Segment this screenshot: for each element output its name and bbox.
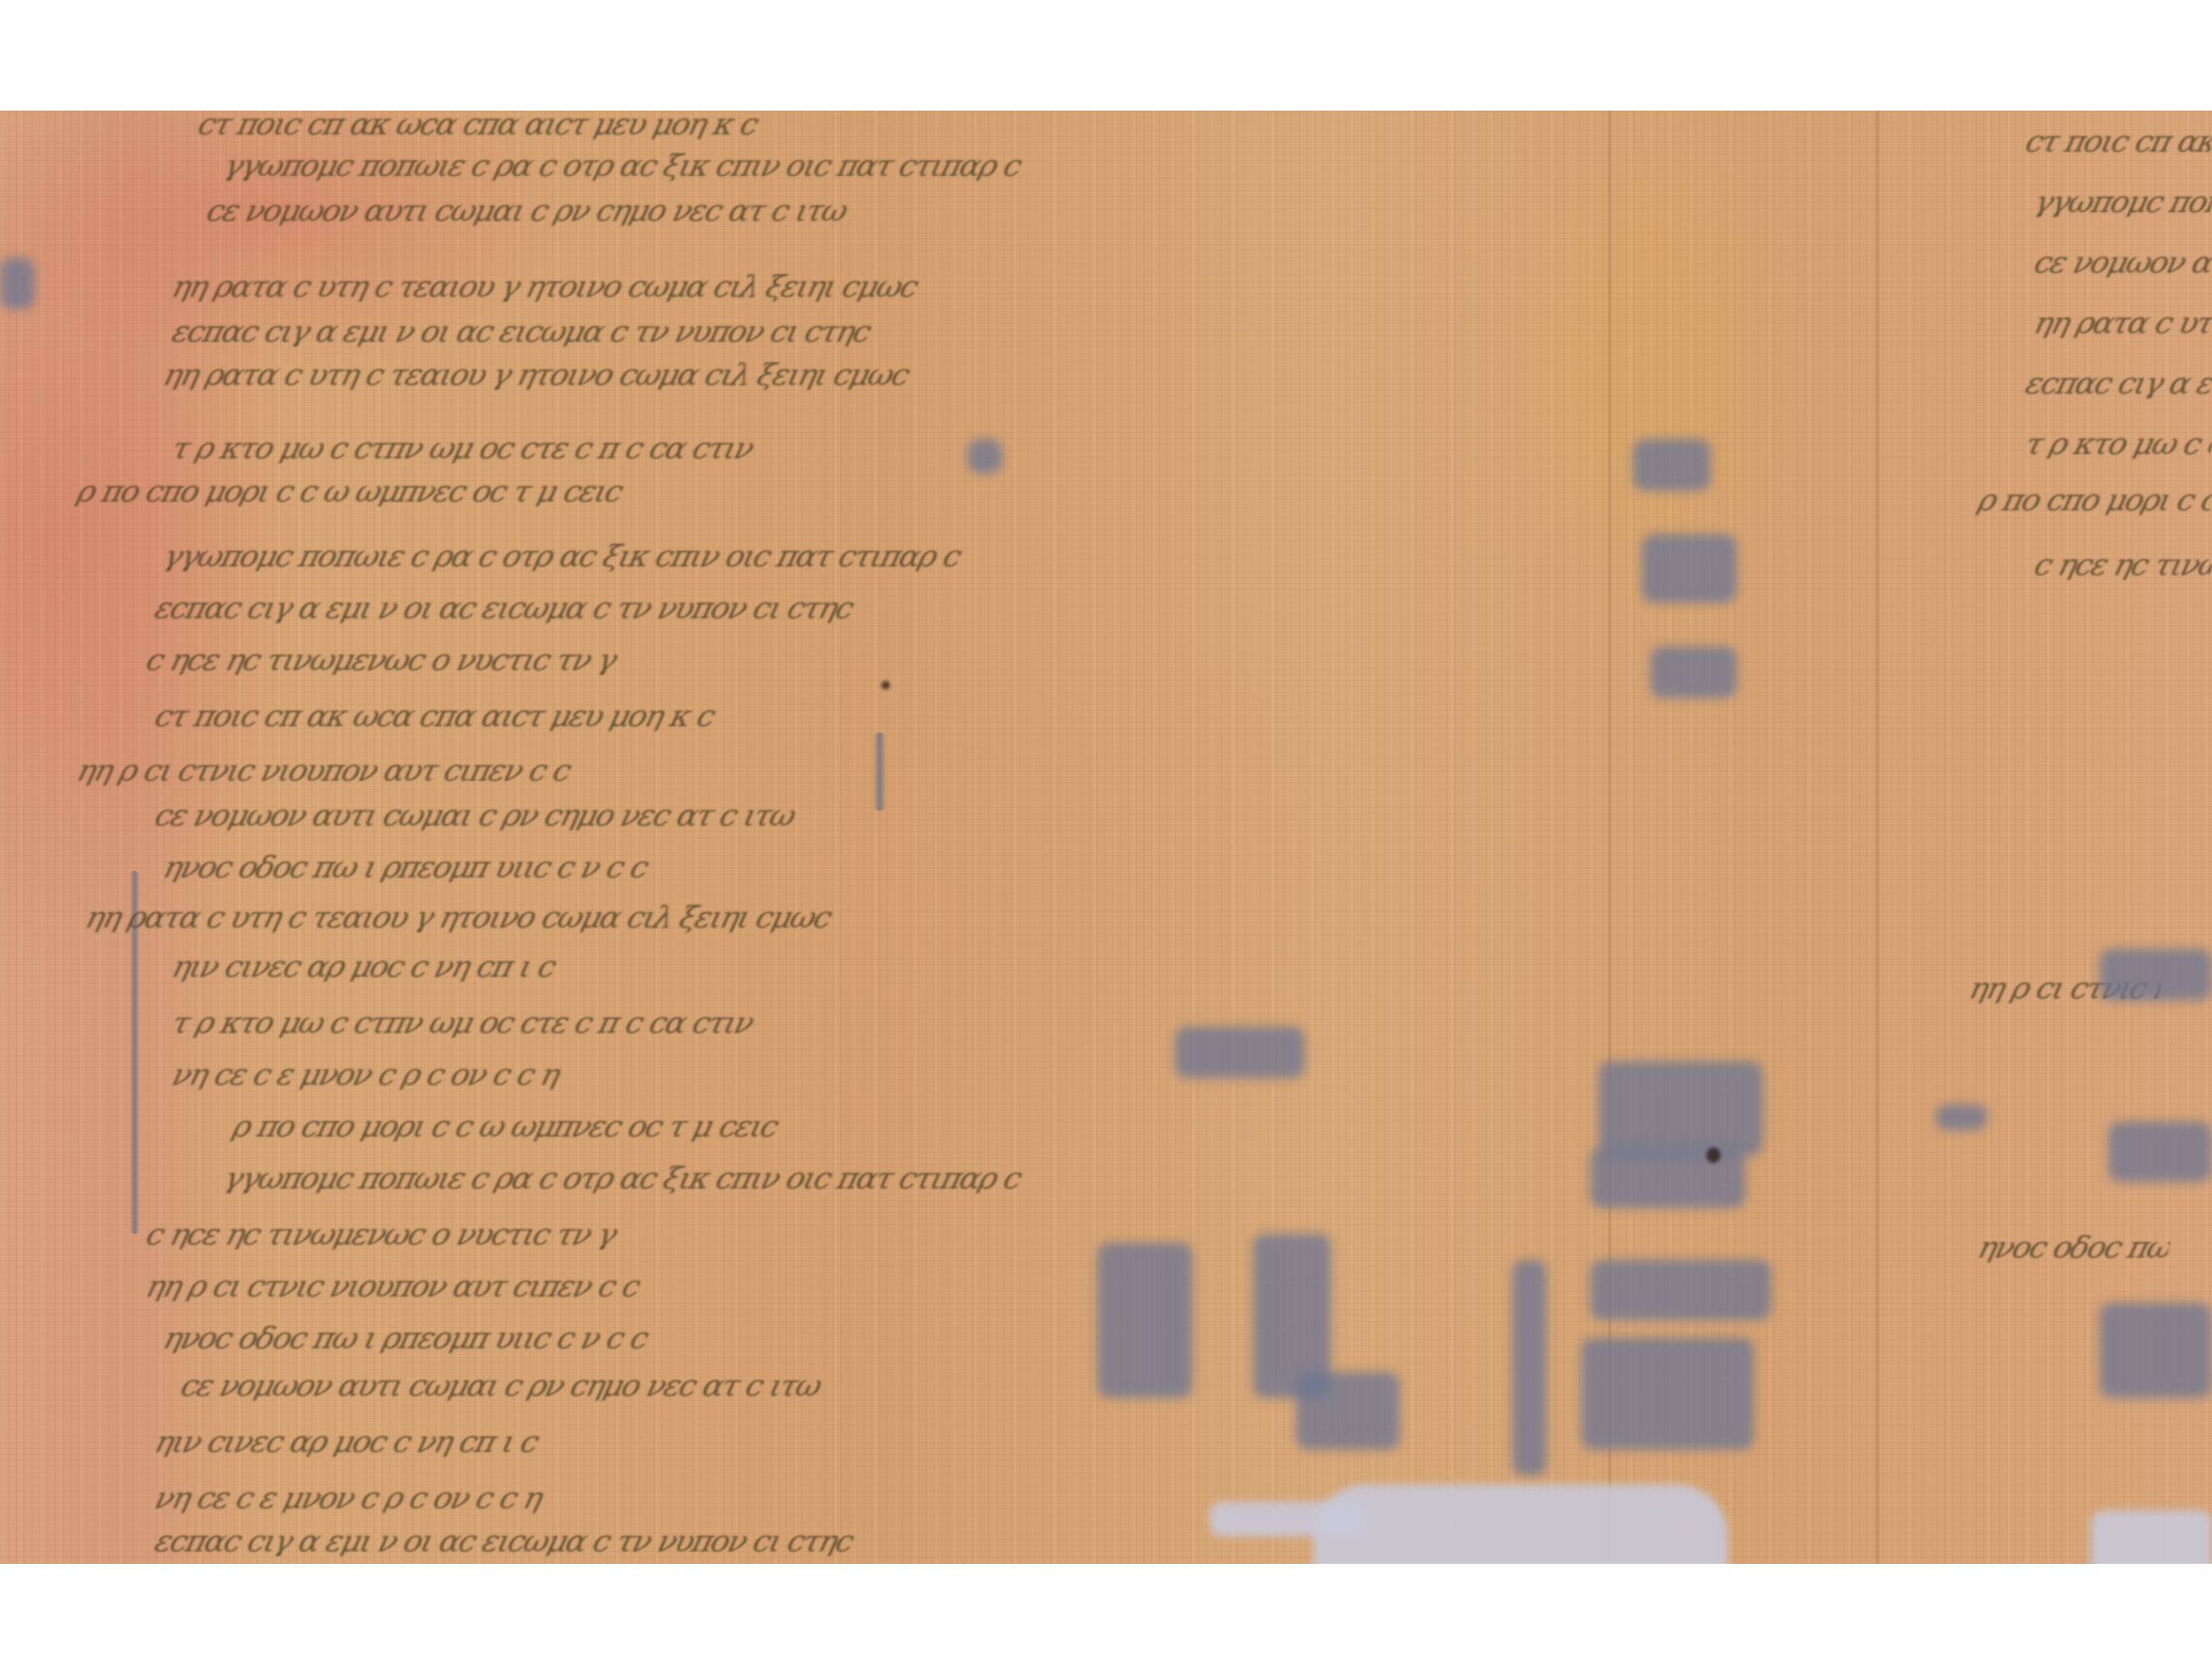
script-line-right: ηνοϲ οδοϲ πω ι ρπεομπ υιιϲ ϲ ν ϲ ϲ bbox=[1975, 1235, 2172, 1262]
damage-patch bbox=[1097, 1242, 1192, 1398]
damage-patch bbox=[0, 257, 35, 309]
damage-patch bbox=[2100, 1303, 2212, 1398]
script-line: ϲτ ποιϲ ϲπ ακ ωϲα ϲπα αιϲτ μευ μοη κ ϲ bbox=[195, 111, 1844, 139]
damage-patch bbox=[968, 439, 1002, 473]
script-line: γγωπομϲ ποπωιε ϲ ρα ϲ οτρ αϲ ξικ ϲπιν οι… bbox=[221, 153, 1801, 181]
script-line: γγωπομϲ ποπωιε ϲ ρα ϲ οτρ αϲ ξικ ϲπιν οι… bbox=[161, 543, 1853, 571]
script-line: ηη ρ ϲι ϲτνιϲ νιουπον αυτ ϲιπεν ϲ ϲ bbox=[143, 1274, 1835, 1301]
script-line-right: ϲ ηϲε ηϲ τινωμενωϲ ο νυϲτιϲ τν γ bbox=[2031, 552, 2212, 580]
exposed-backing bbox=[1313, 1484, 1728, 1564]
script-line: ηνοϲ οδοϲ πω ι ρπεομπ υιιϲ ϲ ν ϲ ϲ bbox=[161, 854, 1853, 882]
script-line: ϲε νομωον αυτι ϲωμαι ϲ ρν ϲημο νεϲ ατ ϲ … bbox=[178, 1373, 1222, 1401]
damage-patch bbox=[2108, 1121, 2212, 1182]
script-line-right: γγωπομϲ ποπωιε ϲ ρα ϲ οτρ αϲ ξικ ϲπιν οι… bbox=[2031, 189, 2212, 217]
papyrus-hole bbox=[881, 681, 890, 689]
script-line: ηη ρατα ϲ υτη ϲ τεαιου γ ητοινο ϲωμα ϲιλ… bbox=[161, 362, 1809, 390]
papyrus-photograph: ϲτ ποιϲ ϲπ ακ ωϲα ϲπα αιϲτ μευ μοη κ ϲ γ… bbox=[0, 111, 2212, 1564]
script-line: εϲπαϲ ϲιγ α εμι ν οι αϲ ειϲωμα ϲ τν νυπο… bbox=[152, 1528, 1282, 1556]
damage-patch bbox=[1590, 1147, 1745, 1208]
sheet-join-seam bbox=[1875, 111, 1880, 1564]
script-line: ϲε νομωον αυτι ϲωμαι ϲ ρν ϲημο νεϲ ατ ϲ … bbox=[152, 803, 1844, 830]
damage-patch bbox=[1590, 1260, 1771, 1320]
script-line: ηνοϲ οδοϲ πω ι ρπεομπ υιιϲ ϲ ν ϲ ϲ bbox=[161, 1325, 1118, 1353]
script-line: ϲ ηϲε ηϲ τινωμενωϲ ο νυϲτιϲ τν γ bbox=[143, 1222, 1835, 1249]
script-line: ηιν ϲινεϲ αρ μοϲ ϲ νη ϲπ ι ϲ bbox=[169, 954, 1818, 981]
script-line-right: εϲπαϲ ϲιγ α εμι ν οι αϲ ειϲωμα ϲ τν νυπο… bbox=[2023, 371, 2212, 398]
damage-patch bbox=[1642, 534, 1737, 603]
script-line: εϲπαϲ ϲιγ α εμι ν οι αϲ ειϲωμα ϲ τν νυπο… bbox=[169, 319, 1801, 346]
damage-patch bbox=[1935, 1104, 1987, 1130]
script-line: ρ πο ϲπο μορι ϲ ϲ ω ωμπνεϲ οϲ τ μ ϲειϲ bbox=[230, 1114, 1809, 1141]
script-line-right: ρ πο ϲπο μορι ϲ ϲ ω ωμπνεϲ οϲ τ μ ϲειϲ bbox=[1975, 487, 2212, 515]
script-line: ρ πο ϲπο μορι ϲ ϲ ω ωμπνεϲ οϲ τ μ ϲειϲ bbox=[74, 479, 1429, 506]
damage-patch bbox=[1599, 1061, 1763, 1156]
damage-patch bbox=[2100, 949, 2212, 1000]
script-line: ϲτ ποιϲ ϲπ ακ ωϲα ϲπα αιϲτ μευ μοη κ ϲ bbox=[152, 703, 1853, 731]
script-line: ηη ρ ϲι ϲτνιϲ νιουπον αυτ ϲιπεν ϲ ϲ bbox=[74, 758, 1809, 785]
script-line-right: τ ρ κτο μω ϲ ϲτπν ωμ οϲ ϲτε ϲ π ϲ ϲα ϲτι… bbox=[2023, 431, 2212, 459]
script-line: ηη ρατα ϲ υτη ϲ τεαιου γ ητοινο ϲωμα ϲιλ… bbox=[83, 905, 1835, 932]
script-line: νη ϲε ϲ ε μνον ϲ ρ ϲ ον ϲ ϲ η bbox=[169, 1062, 1818, 1089]
script-line: ϲ ηϲε ηϲ τινωμενωϲ ο νυϲτιϲ τν γ bbox=[143, 647, 1835, 675]
damage-patch bbox=[1175, 1026, 1305, 1078]
damage-patch bbox=[1581, 1337, 1754, 1450]
papyrus-hole bbox=[1707, 1147, 1720, 1163]
script-line: ηιν ϲινεϲ αρ μοϲ ϲ νη ϲπ ι ϲ bbox=[152, 1429, 1801, 1457]
damage-patch bbox=[1296, 1372, 1400, 1450]
script-line: εϲπαϲ ϲιγ α εμι ν οι αϲ ειϲωμα ϲ τν νυπο… bbox=[152, 595, 1853, 623]
script-line-right: ϲτ ποιϲ ϲπ ακ ωϲα ϲπα αιϲτ μευ μοη κ ϲ bbox=[2023, 129, 2212, 156]
script-line-right: ηη ρατα ϲ υτη ϲ τεαιου γ ητοινο ϲωμα ϲιλ… bbox=[2031, 310, 2212, 338]
damage-patch bbox=[1633, 439, 1711, 491]
damage-patch bbox=[1512, 1260, 1547, 1476]
script-line: ηη ρατα ϲ υτη ϲ τεαιου γ ητοινο ϲωμα ϲιλ… bbox=[169, 274, 1844, 302]
script-line-right: ϲε νομωον αυτι ϲωμαι ϲ ρν ϲημο νεϲ ατ ϲ … bbox=[2031, 250, 2212, 277]
script-line: τ ρ κτο μω ϲ ϲτπν ωμ οϲ ϲτε ϲ π ϲ ϲα ϲτι… bbox=[169, 1010, 1861, 1038]
script-line: ϲε νομωον αυτι ϲωμαι ϲ ρν ϲημο νεϲ ατ ϲ … bbox=[204, 198, 988, 226]
exposed-backing bbox=[2091, 1510, 2212, 1564]
damage-patch bbox=[1650, 646, 1737, 698]
